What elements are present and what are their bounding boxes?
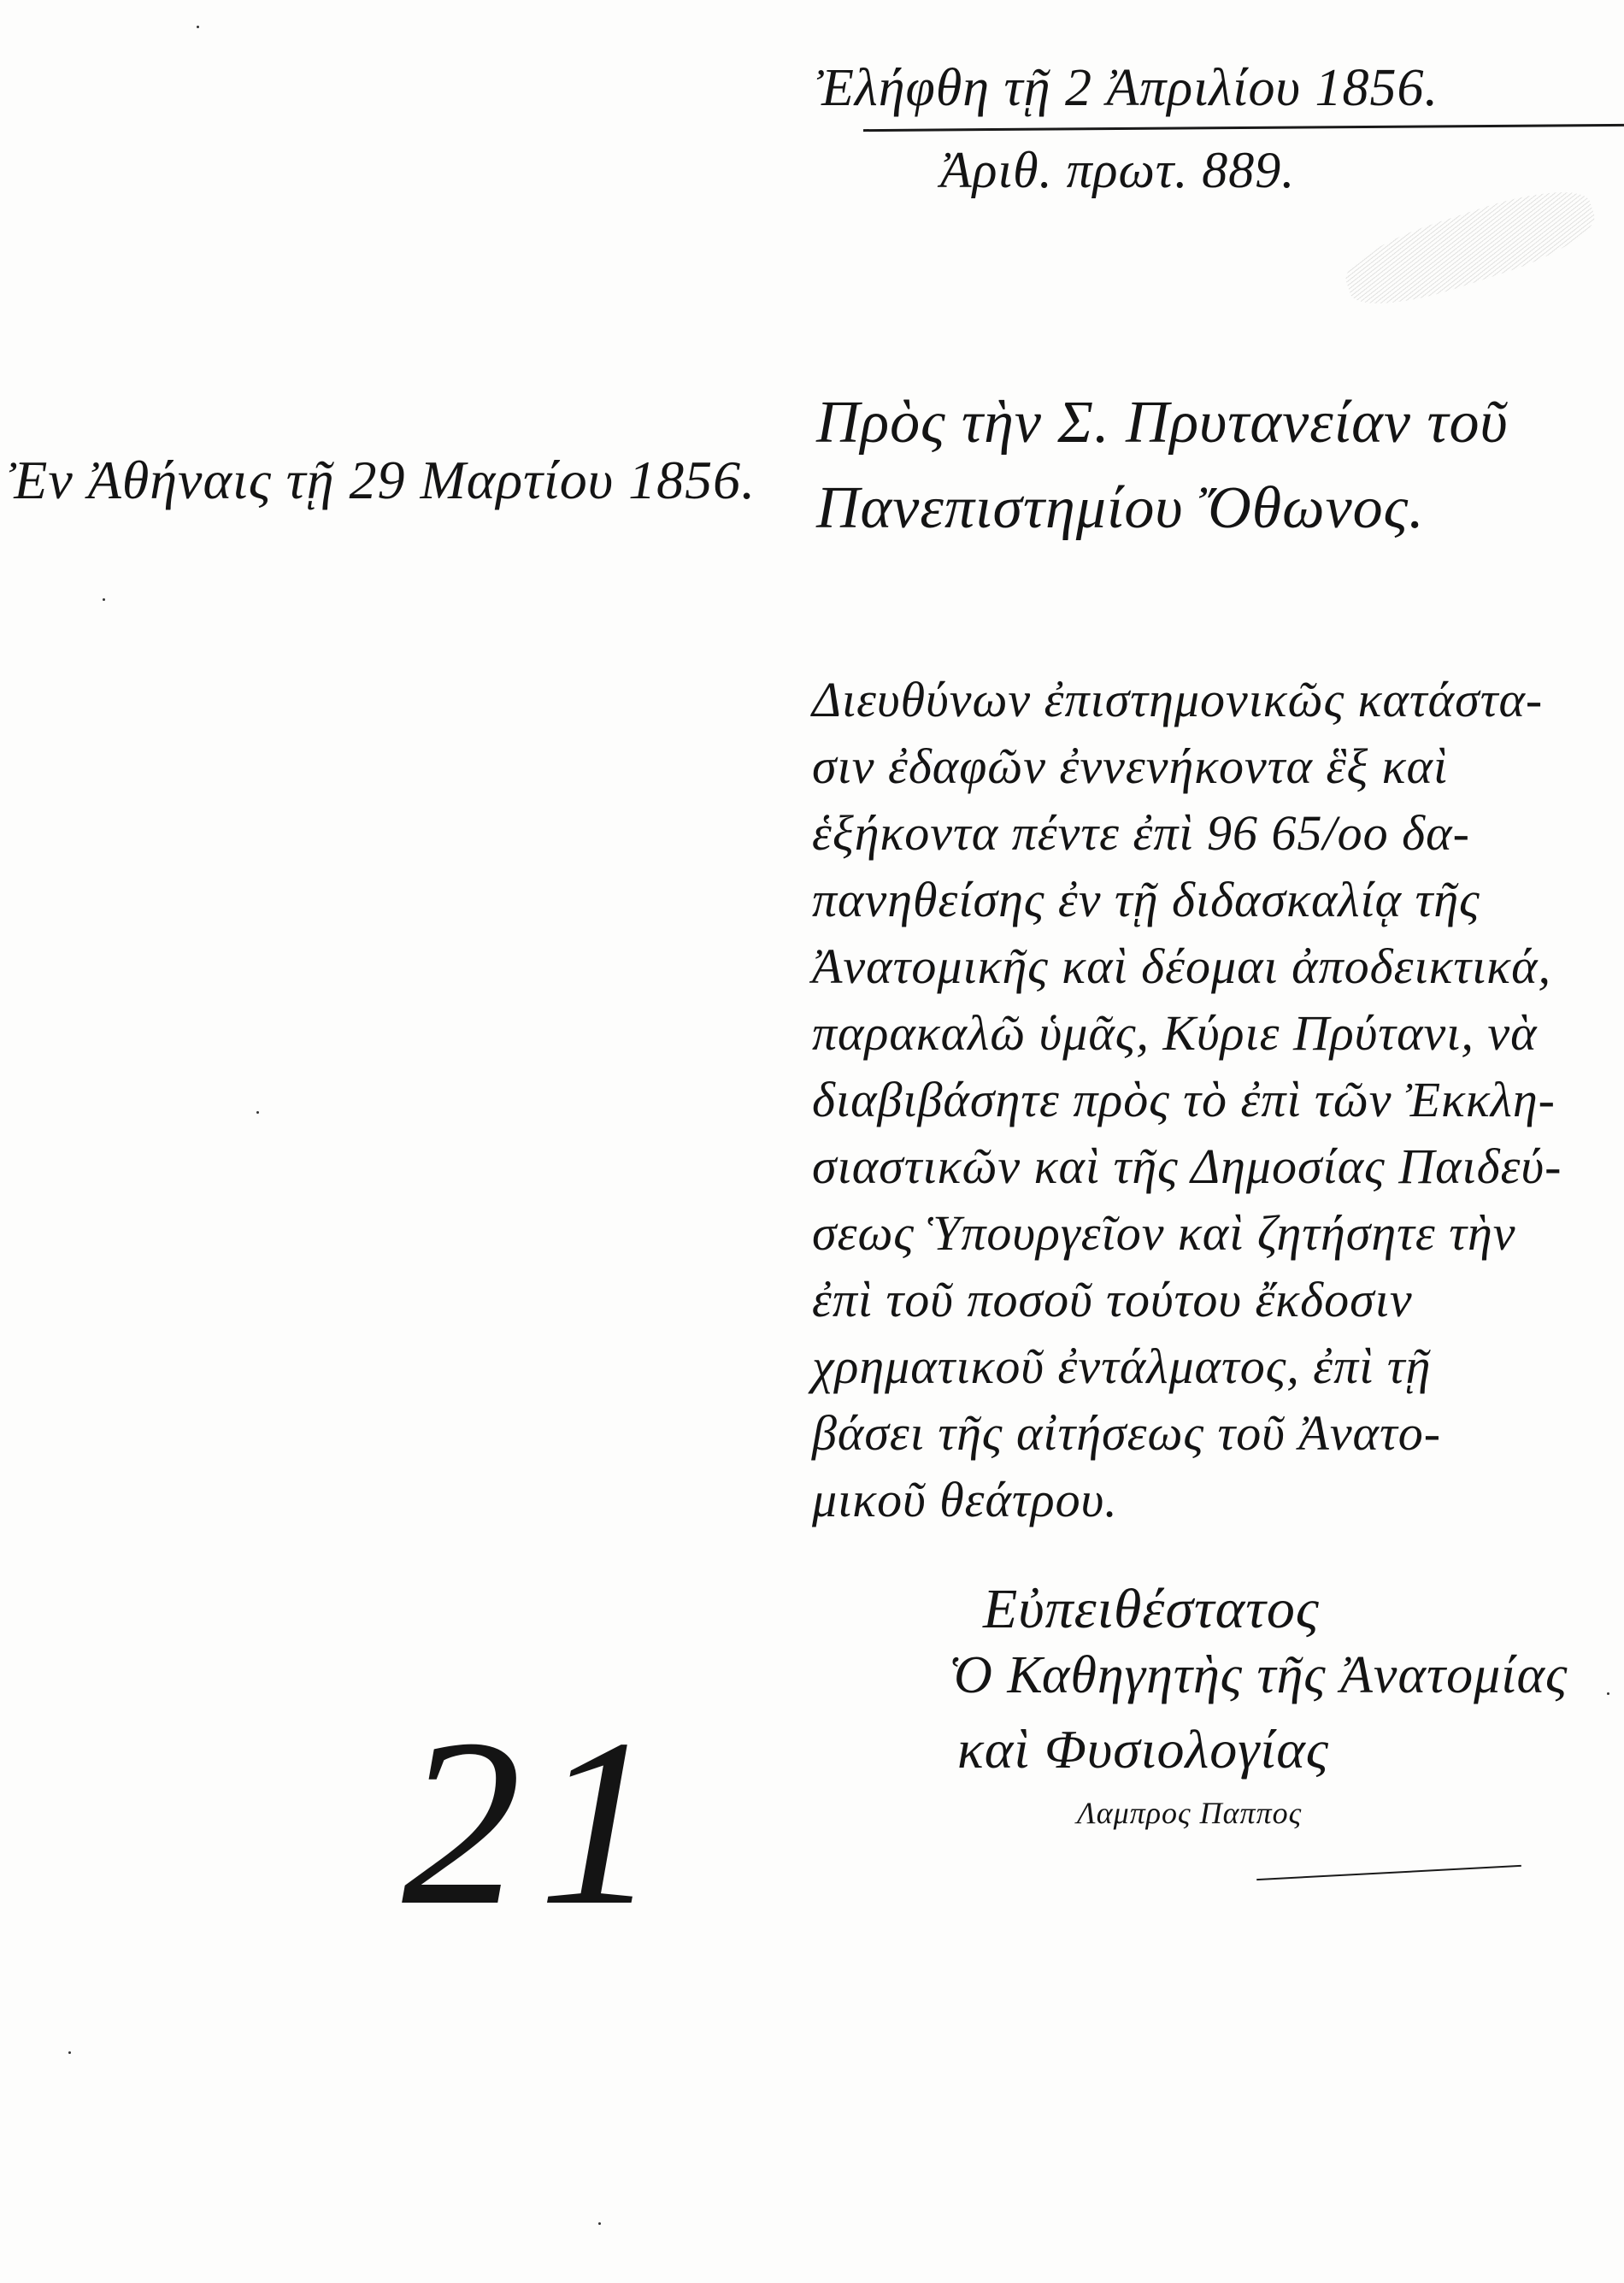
folio-number: 21 <box>402 1684 675 1960</box>
signature-underline <box>1256 1865 1521 1880</box>
body-line: μικοῦ θεάτρου. <box>812 1467 1615 1533</box>
scan-speck <box>256 1111 259 1114</box>
body-line: διαβιβάσητε πρὸς τὸ ἐπὶ τῶν Ἐκκλη- <box>812 1067 1615 1133</box>
body-line: σιν ἐδαφῶν ἐννενήκοντα ἓξ καὶ <box>812 733 1615 800</box>
scan-speck <box>598 2222 601 2225</box>
scan-speck <box>1607 1692 1609 1695</box>
body-line: χρηματικοῦ ἐντάλματος, ἐπὶ τῇ <box>812 1333 1615 1400</box>
received-stamp-line: Ἐλήφθη τῇ 2 Ἀπριλίου 1856. <box>816 58 1439 119</box>
body-line: σεως Ὑπουργεῖον καὶ ζητήσητε τὴν <box>812 1200 1615 1267</box>
body-line: Ἀνατομικῆς καὶ δέομαι ἀποδεικτικά, <box>812 933 1615 1000</box>
body-line: σιαστικῶν καὶ τῆς Δημοσίας Παιδεύ- <box>812 1133 1615 1200</box>
body-line: ἑξήκοντα πέντε ἐπὶ 96 65/oo δα- <box>812 800 1615 867</box>
scan-speck <box>103 598 105 601</box>
closing-salutation: Εὐπειθέστατος <box>983 1577 1320 1642</box>
body-line: Διευθύνων ἐπιστημονικῶς κατάστα- <box>812 667 1615 733</box>
addressee-line-1: Πρὸς τὴν Σ. Πρυτανείαν τοῦ <box>816 389 1509 457</box>
body-line: πανηθείσης ἐν τῇ διδασκαλίᾳ τῆς <box>812 867 1615 933</box>
protocol-number-line: Ἀριθ. πρωτ. 889. <box>940 141 1295 200</box>
letter-body: Διευθύνων ἐπιστημονικῶς κατάστα- σιν ἐδα… <box>812 667 1615 1533</box>
addressee-line-2: Πανεπιστημίου Ὄθωνος. <box>816 474 1425 543</box>
body-line: παρακαλῶ ὑμᾶς, Κύριε Πρύτανι, νὰ <box>812 1000 1615 1067</box>
stamp-underline <box>863 124 1624 132</box>
body-line: βάσει τῆς αἰτήσεως τοῦ Ἀνατο- <box>812 1400 1615 1467</box>
scan-speck <box>68 2051 71 2054</box>
document-page: Ἐλήφθη τῇ 2 Ἀπριλίου 1856. Ἀριθ. πρωτ. 8… <box>0 0 1624 2283</box>
signer-title-line-1: Ὁ Καθηγητὴς τῆς Ἀνατομίας <box>949 1645 1568 1706</box>
ink-smudge <box>1338 176 1603 321</box>
place-date-line: Ἐν Ἀθήναις τῇ 29 Μαρτίου 1856. <box>9 449 756 512</box>
signer-title-line-2: καὶ Φυσιολογίας <box>957 1718 1329 1781</box>
signer-name: Λαμπρος Παππος <box>1077 1795 1302 1831</box>
scan-speck <box>197 26 199 28</box>
body-line: ἐπὶ τοῦ ποσοῦ τούτου ἔκδοσιν <box>812 1267 1615 1333</box>
